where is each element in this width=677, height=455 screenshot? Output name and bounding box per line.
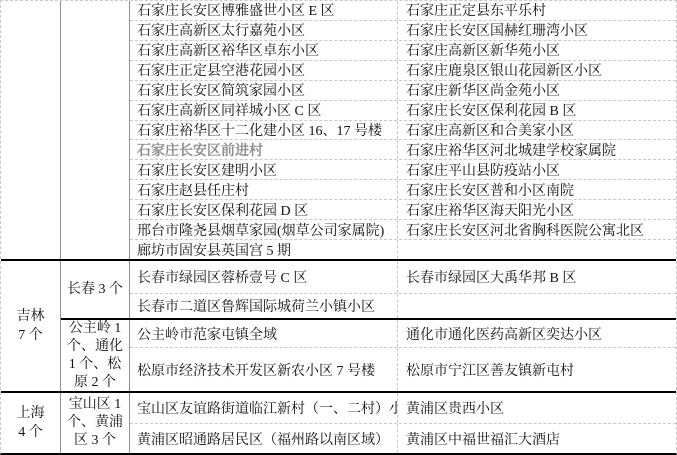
table-row: 石家庄长安区简筑家园小区 石家庄新华区尚金苑小区	[130, 80, 676, 100]
table-row: 石家庄长安区保利花园 D 区 石家庄裕华区海天阳光小区	[130, 199, 676, 219]
table-row: 石家庄高新区裕华区卓东小区 石家庄高新区新华苑小区	[130, 40, 676, 60]
location-cell: 石家庄长安区博雅盛世小区 E 区	[130, 1, 398, 20]
group-rows: 石家庄长安区博雅盛世小区 E 区 石家庄正定县东平乐村 石家庄高新区太行嘉苑小区…	[130, 1, 676, 259]
location-cell: 黄浦区昭通路居民区（福州路以南区域）	[130, 424, 398, 453]
location-cell: 邢台市隆尧县烟草家园(烟草公司家属院)	[130, 220, 398, 239]
city-cell	[61, 1, 130, 259]
location-cell: 石家庄长安区保利花园 D 区	[130, 200, 398, 219]
location-cell: 石家庄高新区太行嘉苑小区	[130, 21, 398, 40]
table-row: 石家庄长安区博雅盛世小区 E 区 石家庄正定县东平乐村	[130, 1, 676, 20]
location-cell: 公主岭市范家屯镇全域	[130, 320, 398, 347]
table-row: 松原市经济技术开发区新农小区 7 号楼 松原市宁江区善友镇新屯村	[130, 347, 676, 391]
location-cell: 石家庄新华区尚金苑小区	[398, 81, 676, 100]
location-cell: 石家庄高新区同祥城小区 C 区	[130, 101, 398, 120]
location-cell	[398, 240, 676, 259]
location-cell: 石家庄长安区保利花园 B 区	[398, 101, 676, 120]
location-cell	[398, 294, 676, 318]
province-cell	[1, 1, 61, 259]
table-row: 石家庄正定县空港花园小区 石家庄鹿泉区银山花园新区小区	[130, 60, 676, 80]
table-row: 宝山区友谊路街道临江新村（一、二村）小区 黄浦区贵西小区	[130, 393, 676, 423]
table-row: 长春市二道区鲁辉国际城荷兰小镇小区	[130, 293, 676, 318]
city-cell: 公主岭 1 个、通化 1 个、松 原 2 个	[61, 320, 130, 391]
location-cell: 黄浦区中福世福汇大酒店	[398, 424, 676, 453]
province-cell: 吉林 7 个	[1, 261, 61, 391]
table-row: 廊坊市固安县英国宫 5 期	[130, 239, 676, 259]
table-row: 石家庄裕华区十二化建小区 16、17 号楼 石家庄高新区和合美家小区	[130, 120, 676, 140]
row-group: 公主岭 1 个、通化 1 个、松 原 2 个 公主岭市范家屯镇全域 通化市通化医…	[61, 318, 676, 391]
province-groups: 长春 3 个 长春市绿园区蓉桥壹号 C 区 长春市绿园区大禹华邦 B 区 长春市…	[61, 261, 676, 391]
location-cell: 石家庄长安区国赫红珊湾小区	[398, 21, 676, 40]
location-cell: 长春市二道区鲁辉国际城荷兰小镇小区	[130, 294, 398, 318]
location-cell: 石家庄高新区裕华区卓东小区	[130, 41, 398, 60]
location-cell-muted: 石家庄长安区前进村	[130, 140, 398, 159]
province-cell: 上海 4 个	[1, 393, 61, 453]
location-cell: 廊坊市固安县英国宫 5 期	[130, 240, 398, 259]
location-cell: 松原市宁江区善友镇新屯村	[398, 348, 676, 391]
location-cell: 通化市通化医药高新区奕达小区	[398, 320, 676, 347]
province-groups: 宝山区 1 个、黄浦 区 3 个 宝山区友谊路街道临江新村（一、二村）小区 黄浦…	[61, 393, 676, 453]
row-group: 长春 3 个 长春市绿园区蓉桥壹号 C 区 长春市绿园区大禹华邦 B 区 长春市…	[61, 261, 676, 318]
section-jilin: 吉林 7 个 长春 3 个 长春市绿园区蓉桥壹号 C 区 长春市绿园区大禹华邦 …	[1, 259, 676, 391]
location-cell: 松原市经济技术开发区新农小区 7 号楼	[130, 348, 398, 391]
location-cell: 黄浦区贵西小区	[398, 393, 676, 423]
location-cell: 石家庄裕华区河北城建学校家属院	[398, 140, 676, 159]
location-cell: 长春市绿园区大禹华邦 B 区	[398, 261, 676, 293]
location-cell: 石家庄长安区普和小区南院	[398, 180, 676, 199]
table-row: 公主岭市范家屯镇全域 通化市通化医药高新区奕达小区	[130, 320, 676, 347]
location-cell: 石家庄长安区简筑家园小区	[130, 81, 398, 100]
location-cell: 宝山区友谊路街道临江新村（一、二村）小区	[130, 393, 398, 423]
row-group: 宝山区 1 个、黄浦 区 3 个 宝山区友谊路街道临江新村（一、二村）小区 黄浦…	[61, 393, 676, 453]
province-groups: 石家庄长安区博雅盛世小区 E 区 石家庄正定县东平乐村 石家庄高新区太行嘉苑小区…	[61, 1, 676, 259]
risk-area-table: 石家庄长安区博雅盛世小区 E 区 石家庄正定县东平乐村 石家庄高新区太行嘉苑小区…	[0, 0, 677, 455]
section-shanghai: 上海 4 个 宝山区 1 个、黄浦 区 3 个 宝山区友谊路街道临江新村（一、二…	[1, 391, 676, 453]
location-cell: 石家庄高新区和合美家小区	[398, 121, 676, 140]
group-rows: 公主岭市范家屯镇全域 通化市通化医药高新区奕达小区 松原市经济技术开发区新农小区…	[130, 320, 676, 391]
section-hebei-continued: 石家庄长安区博雅盛世小区 E 区 石家庄正定县东平乐村 石家庄高新区太行嘉苑小区…	[1, 1, 676, 259]
location-cell: 石家庄裕华区十二化建小区 16、17 号楼	[130, 121, 398, 140]
table-row: 石家庄长安区建明小区 石家庄平山县防疫站小区	[130, 159, 676, 179]
location-cell: 石家庄长安区河北省胸科医院公寓北区	[398, 220, 676, 239]
location-cell: 石家庄鹿泉区银山花园新区小区	[398, 61, 676, 80]
table-row: 邢台市隆尧县烟草家园(烟草公司家属院) 石家庄长安区河北省胸科医院公寓北区	[130, 219, 676, 239]
location-cell: 石家庄正定县空港花园小区	[130, 61, 398, 80]
location-cell: 石家庄平山县防疫站小区	[398, 160, 676, 179]
location-cell: 石家庄裕华区海天阳光小区	[398, 200, 676, 219]
location-cell: 石家庄长安区建明小区	[130, 160, 398, 179]
group-rows: 宝山区友谊路街道临江新村（一、二村）小区 黄浦区贵西小区 黄浦区昭通路居民区（福…	[130, 393, 676, 453]
table-row: 石家庄赵县任庄村 石家庄长安区普和小区南院	[130, 179, 676, 199]
table-row: 长春市绿园区蓉桥壹号 C 区 长春市绿园区大禹华邦 B 区	[130, 261, 676, 293]
location-cell: 石家庄正定县东平乐村	[398, 1, 676, 20]
table-row: 石家庄高新区太行嘉苑小区 石家庄长安区国赫红珊湾小区	[130, 20, 676, 40]
row-group: 石家庄长安区博雅盛世小区 E 区 石家庄正定县东平乐村 石家庄高新区太行嘉苑小区…	[61, 1, 676, 259]
table-row: 石家庄长安区前进村 石家庄裕华区河北城建学校家属院	[130, 139, 676, 159]
group-rows: 长春市绿园区蓉桥壹号 C 区 长春市绿园区大禹华邦 B 区 长春市二道区鲁辉国际…	[130, 261, 676, 318]
table-row: 黄浦区昭通路居民区（福州路以南区域） 黄浦区中福世福汇大酒店	[130, 423, 676, 453]
location-cell: 石家庄高新区新华苑小区	[398, 41, 676, 60]
city-cell: 长春 3 个	[61, 261, 130, 318]
table-row: 石家庄高新区同祥城小区 C 区 石家庄长安区保利花园 B 区	[130, 100, 676, 120]
location-cell: 长春市绿园区蓉桥壹号 C 区	[130, 261, 398, 293]
location-cell: 石家庄赵县任庄村	[130, 180, 398, 199]
city-cell: 宝山区 1 个、黄浦 区 3 个	[61, 393, 130, 453]
